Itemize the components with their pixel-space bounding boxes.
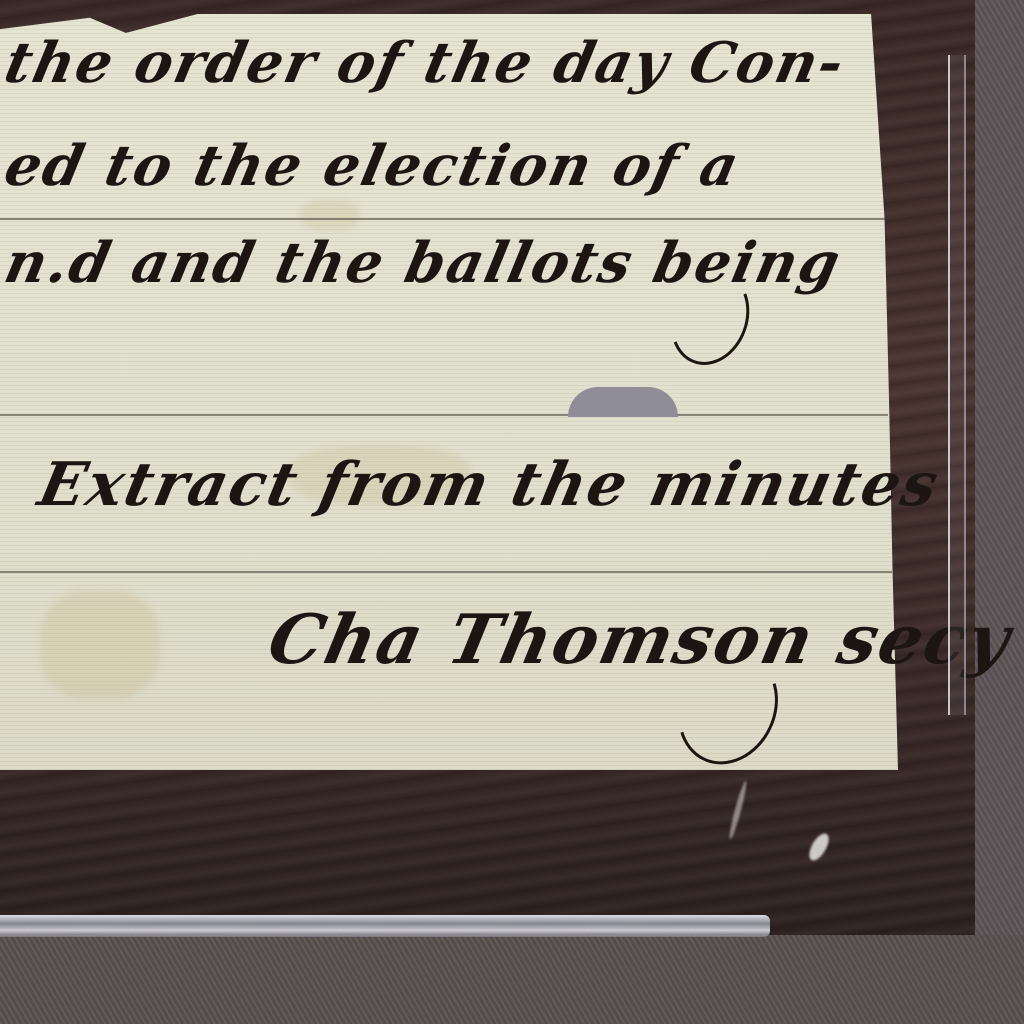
sleeve-edge-right <box>948 55 966 715</box>
paper-fold-line <box>0 414 888 416</box>
paper-fold-line <box>0 571 892 573</box>
sleeve-mat-right <box>975 0 1024 1024</box>
signature: Cha Thomson secy <box>261 600 1018 680</box>
foxing-stain <box>300 200 360 230</box>
paper-tear-hole <box>568 387 678 417</box>
paper-fold-line <box>0 218 885 220</box>
manuscript-line-1: the order of the day Con- <box>0 30 851 96</box>
sleeve-mat-bottom <box>0 935 1024 1024</box>
manuscript-line-2: ed to the election of a <box>0 133 746 199</box>
offset-ink-stain <box>40 590 160 700</box>
manuscript-extract-line: Extract from the minutes <box>33 450 946 520</box>
sleeve-edge-bottom <box>0 915 770 937</box>
